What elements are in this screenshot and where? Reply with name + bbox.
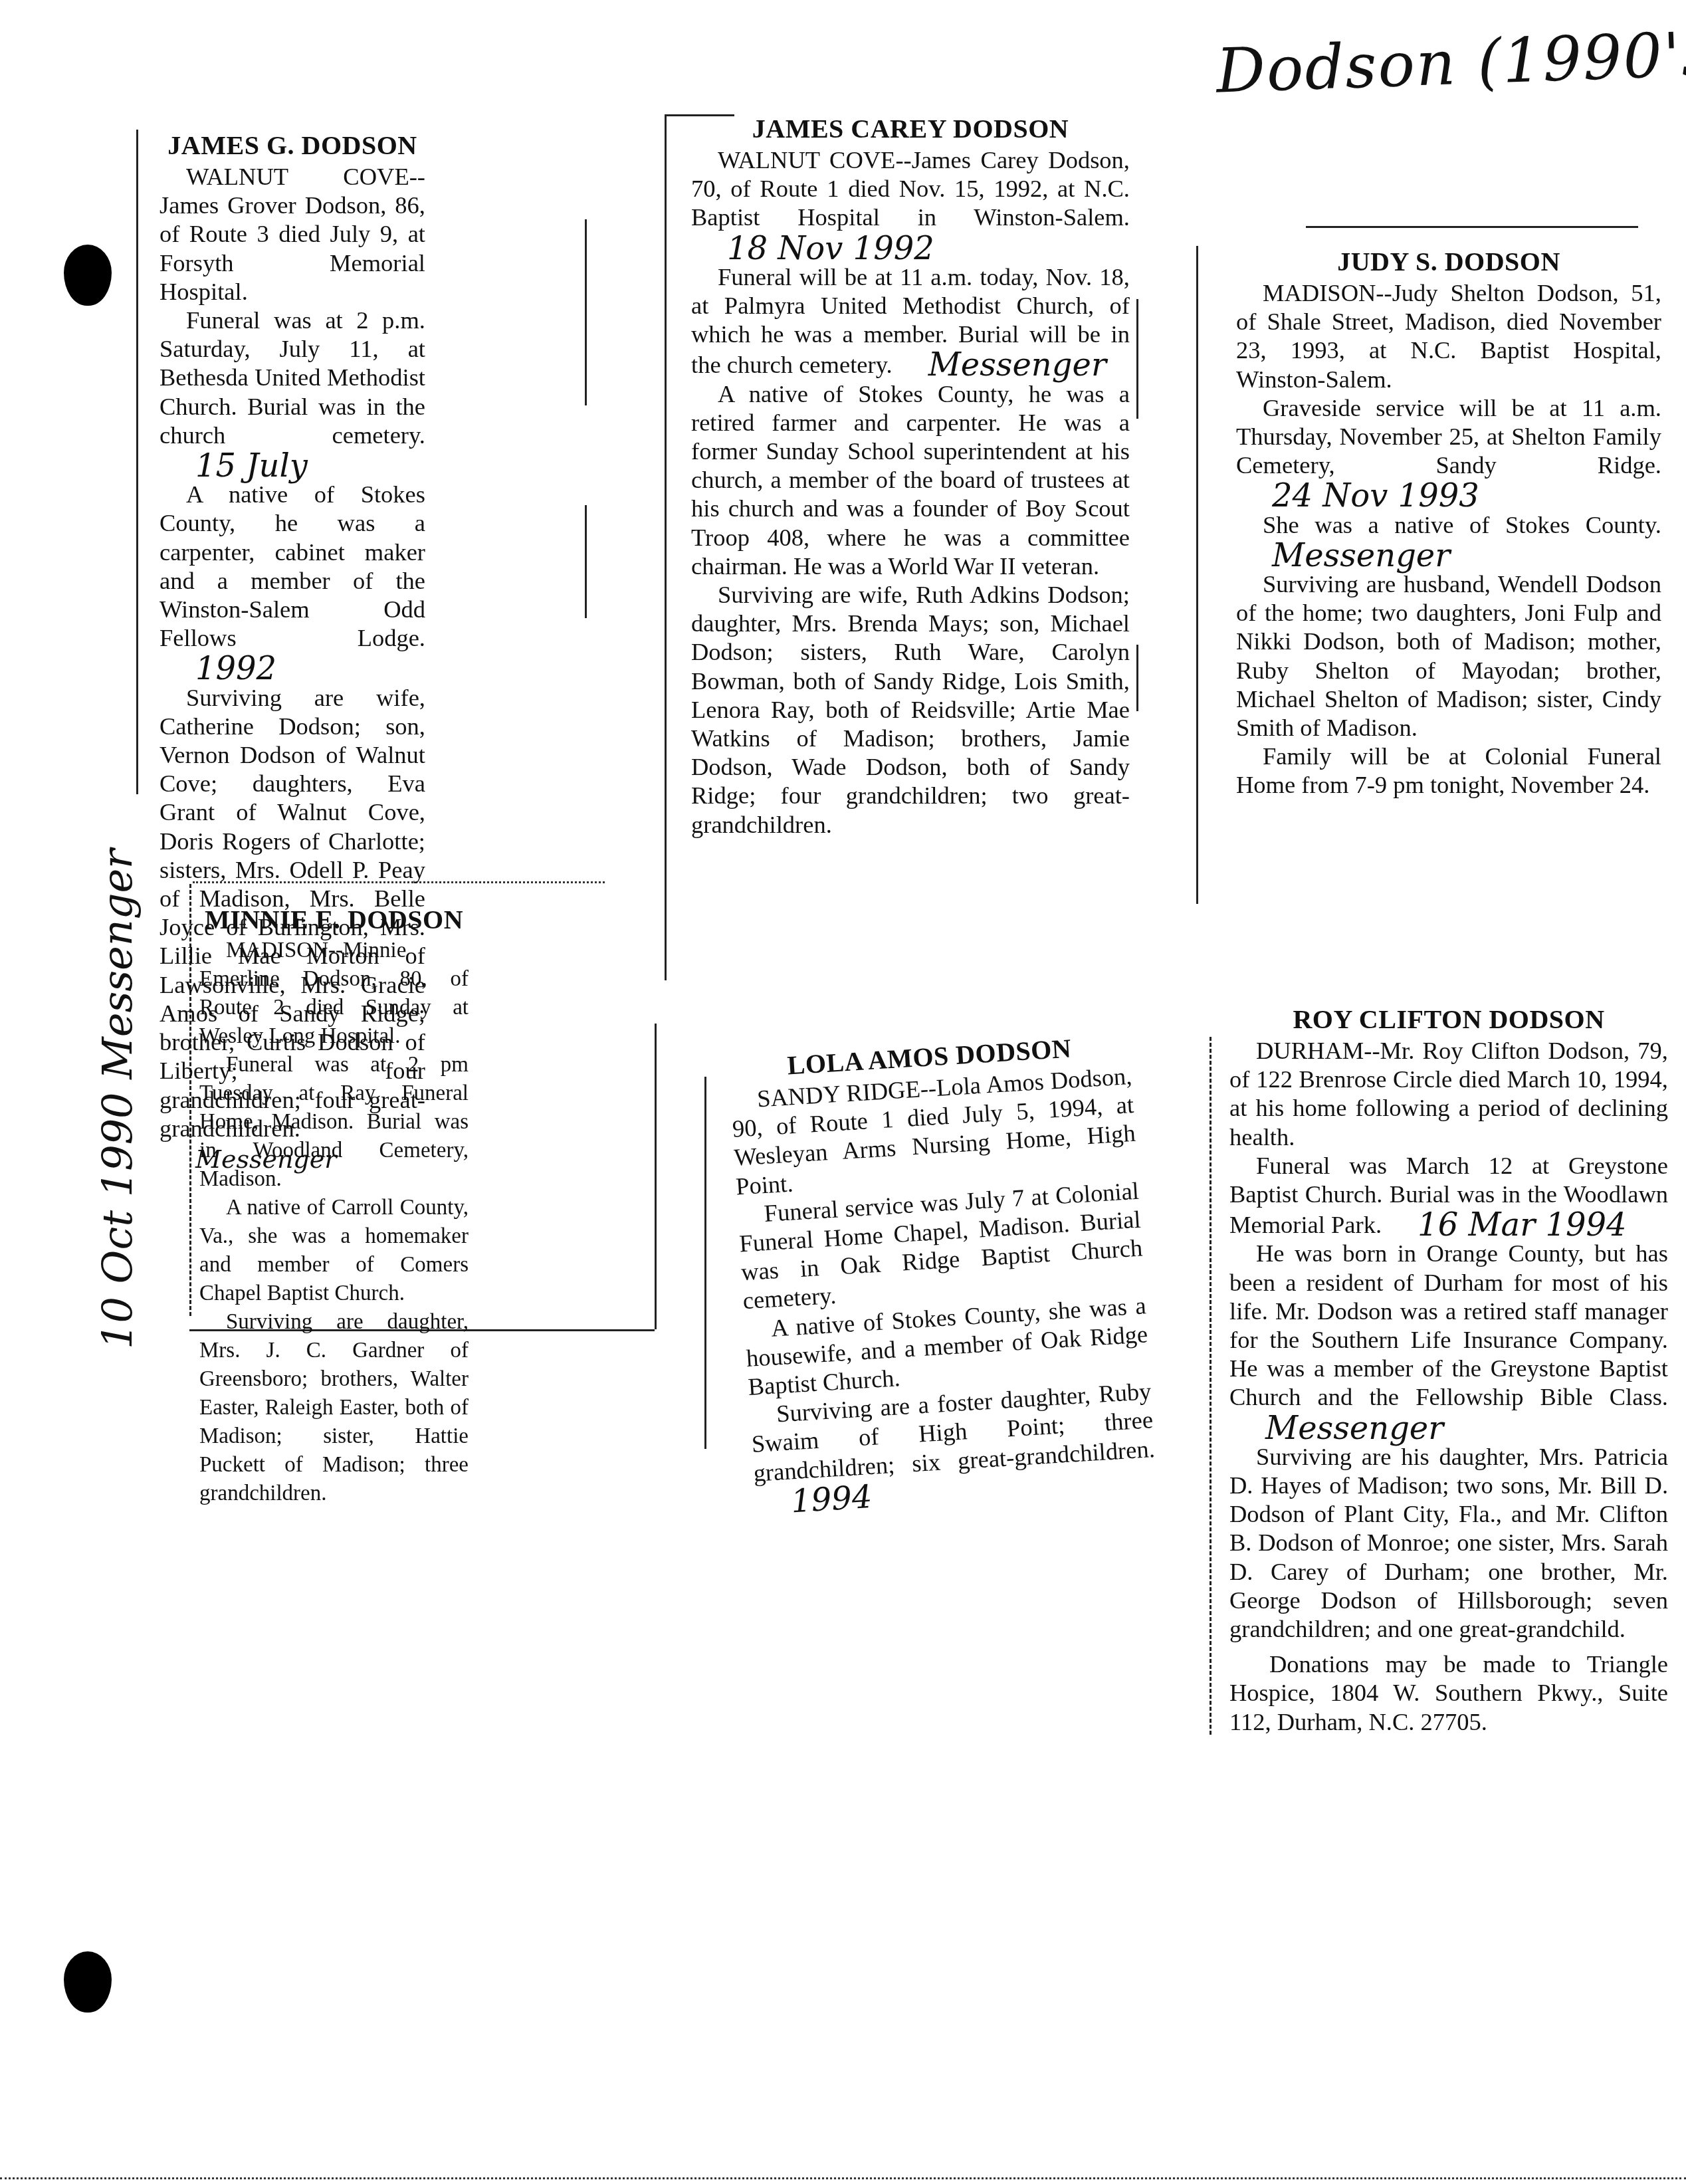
punch-hole-bottom — [64, 1951, 112, 2013]
obituary-paragraph: A native of Carroll County, Va., she was… — [199, 1194, 469, 1308]
obituary-paragraph: Surviving are his daughter, Mrs. Patrici… — [1229, 1442, 1668, 1643]
obituary-judy-s-dodson: JUDY S. DODSON MADISON--Judy Shelton Dod… — [1236, 246, 1661, 800]
handwritten-note: 15 July — [169, 452, 308, 481]
handwritten-note: 18 Nov 1992 — [700, 235, 934, 263]
obituary-paragraph: A native of Stokes County, he was a reti… — [691, 380, 1130, 580]
obituary-paragraph: Funeral will be at 11 a.m. today, Nov. 1… — [691, 263, 1130, 380]
obituary-paragraph: WALNUT COVE--James Grover Dodson, 86, of… — [159, 162, 425, 306]
obituary-heading: ROY CLIFTON DODSON — [1229, 1004, 1668, 1035]
page-bottom-edge — [0, 2177, 1686, 2179]
clipping-edge — [665, 116, 667, 980]
handwritten-page-title: Dodson (1990's) — [1215, 17, 1686, 106]
handwritten-note: Messenger — [1245, 542, 1450, 570]
clipping-edge — [1136, 299, 1138, 419]
clipping-edge — [655, 1024, 657, 1329]
obituary-paragraph: He was born in Orange County, but has be… — [1229, 1239, 1668, 1442]
obituary-heading: JUDY S. DODSON — [1236, 246, 1661, 277]
obituary-paragraph: Funeral was March 12 at Greystone Baptis… — [1229, 1151, 1668, 1240]
clipping-edge — [1306, 226, 1638, 228]
obituary-james-carey-dodson: JAMES CAREY DODSON WALNUT COVE--James Ca… — [691, 113, 1130, 839]
obituary-paragraph: MADISON--Judy Shelton Dodson, 51, of Sha… — [1236, 278, 1661, 393]
clipping-edge — [1196, 246, 1198, 904]
clipping-edge — [585, 219, 587, 405]
obituary-paragraph: Family will be at Colonial Funeral Home … — [1236, 742, 1661, 799]
obituary-paragraph: Graveside service will be at 11 a.m. Thu… — [1236, 393, 1661, 510]
obituary-paragraph: Surviving are wife, Ruth Adkins Dodson; … — [691, 580, 1130, 839]
handwritten-note: 1994 — [764, 1483, 873, 1518]
obituary-paragraph: DURHAM--Mr. Roy Clifton Dodson, 79, of 1… — [1229, 1036, 1668, 1151]
obituary-paragraph: A native of Stokes County, he was a carp… — [159, 480, 425, 683]
clipping-edge — [1210, 1037, 1212, 1735]
obituary-minnie-e-dodson: MINNIE E. DODSON MADISON--Minnie Emerlin… — [199, 904, 469, 1508]
obituary-paragraph: Surviving are daughter, Mrs. J. C. Gardn… — [199, 1308, 469, 1508]
obituary-heading: MINNIE E. DODSON — [199, 904, 469, 935]
handwritten-note: Messenger — [902, 351, 1106, 380]
punch-hole-top — [64, 245, 112, 306]
obituary-paragraph: Surviving are husband, Wendell Dodson of… — [1236, 570, 1661, 742]
clipping-edge — [585, 505, 587, 618]
obituary-heading: JAMES CAREY DODSON — [691, 113, 1130, 144]
obituary-paragraph: She was a native of Stokes County.Messen… — [1236, 510, 1661, 570]
obituary-paragraph: WALNUT COVE--James Carey Dodson, 70, of … — [691, 146, 1130, 263]
obituary-roy-clifton-dodson: ROY CLIFTON DODSON DURHAM--Mr. Roy Clift… — [1229, 1004, 1668, 1736]
obituary-paragraph: Funeral was at 2 p.m. Saturday, July 11,… — [159, 306, 425, 480]
handwritten-note: Messenger — [1239, 1414, 1443, 1443]
handwritten-note: 1992 — [169, 655, 276, 683]
handwritten-date-note: 10 Oct 1990 Messenger — [93, 884, 142, 1349]
clipping-edge — [136, 130, 138, 794]
obituary-paragraph: Surviving are a foster daughter, Ruby Sw… — [749, 1376, 1158, 1517]
obituary-heading: JAMES G. DODSON — [159, 130, 425, 161]
obituary-lola-amos-dodson: LOLA AMOS DODSON SANDY RIDGE--Lola Amos … — [728, 1029, 1158, 1518]
obituary-paragraph: Funeral was at 2 pm Tuesday at Ray Funer… — [199, 1051, 469, 1194]
clipping-edge — [704, 1077, 706, 1449]
obituary-paragraph: Donations may be made to Triangle Hospic… — [1229, 1650, 1668, 1736]
clipping-edge — [1136, 645, 1138, 711]
obituary-paragraph: MADISON--Minnie Emerline Dodson, 80, of … — [199, 936, 469, 1051]
handwritten-note: 24 Nov 1993 — [1245, 482, 1479, 510]
handwritten-note: 16 Mar 1994 — [1391, 1211, 1626, 1240]
